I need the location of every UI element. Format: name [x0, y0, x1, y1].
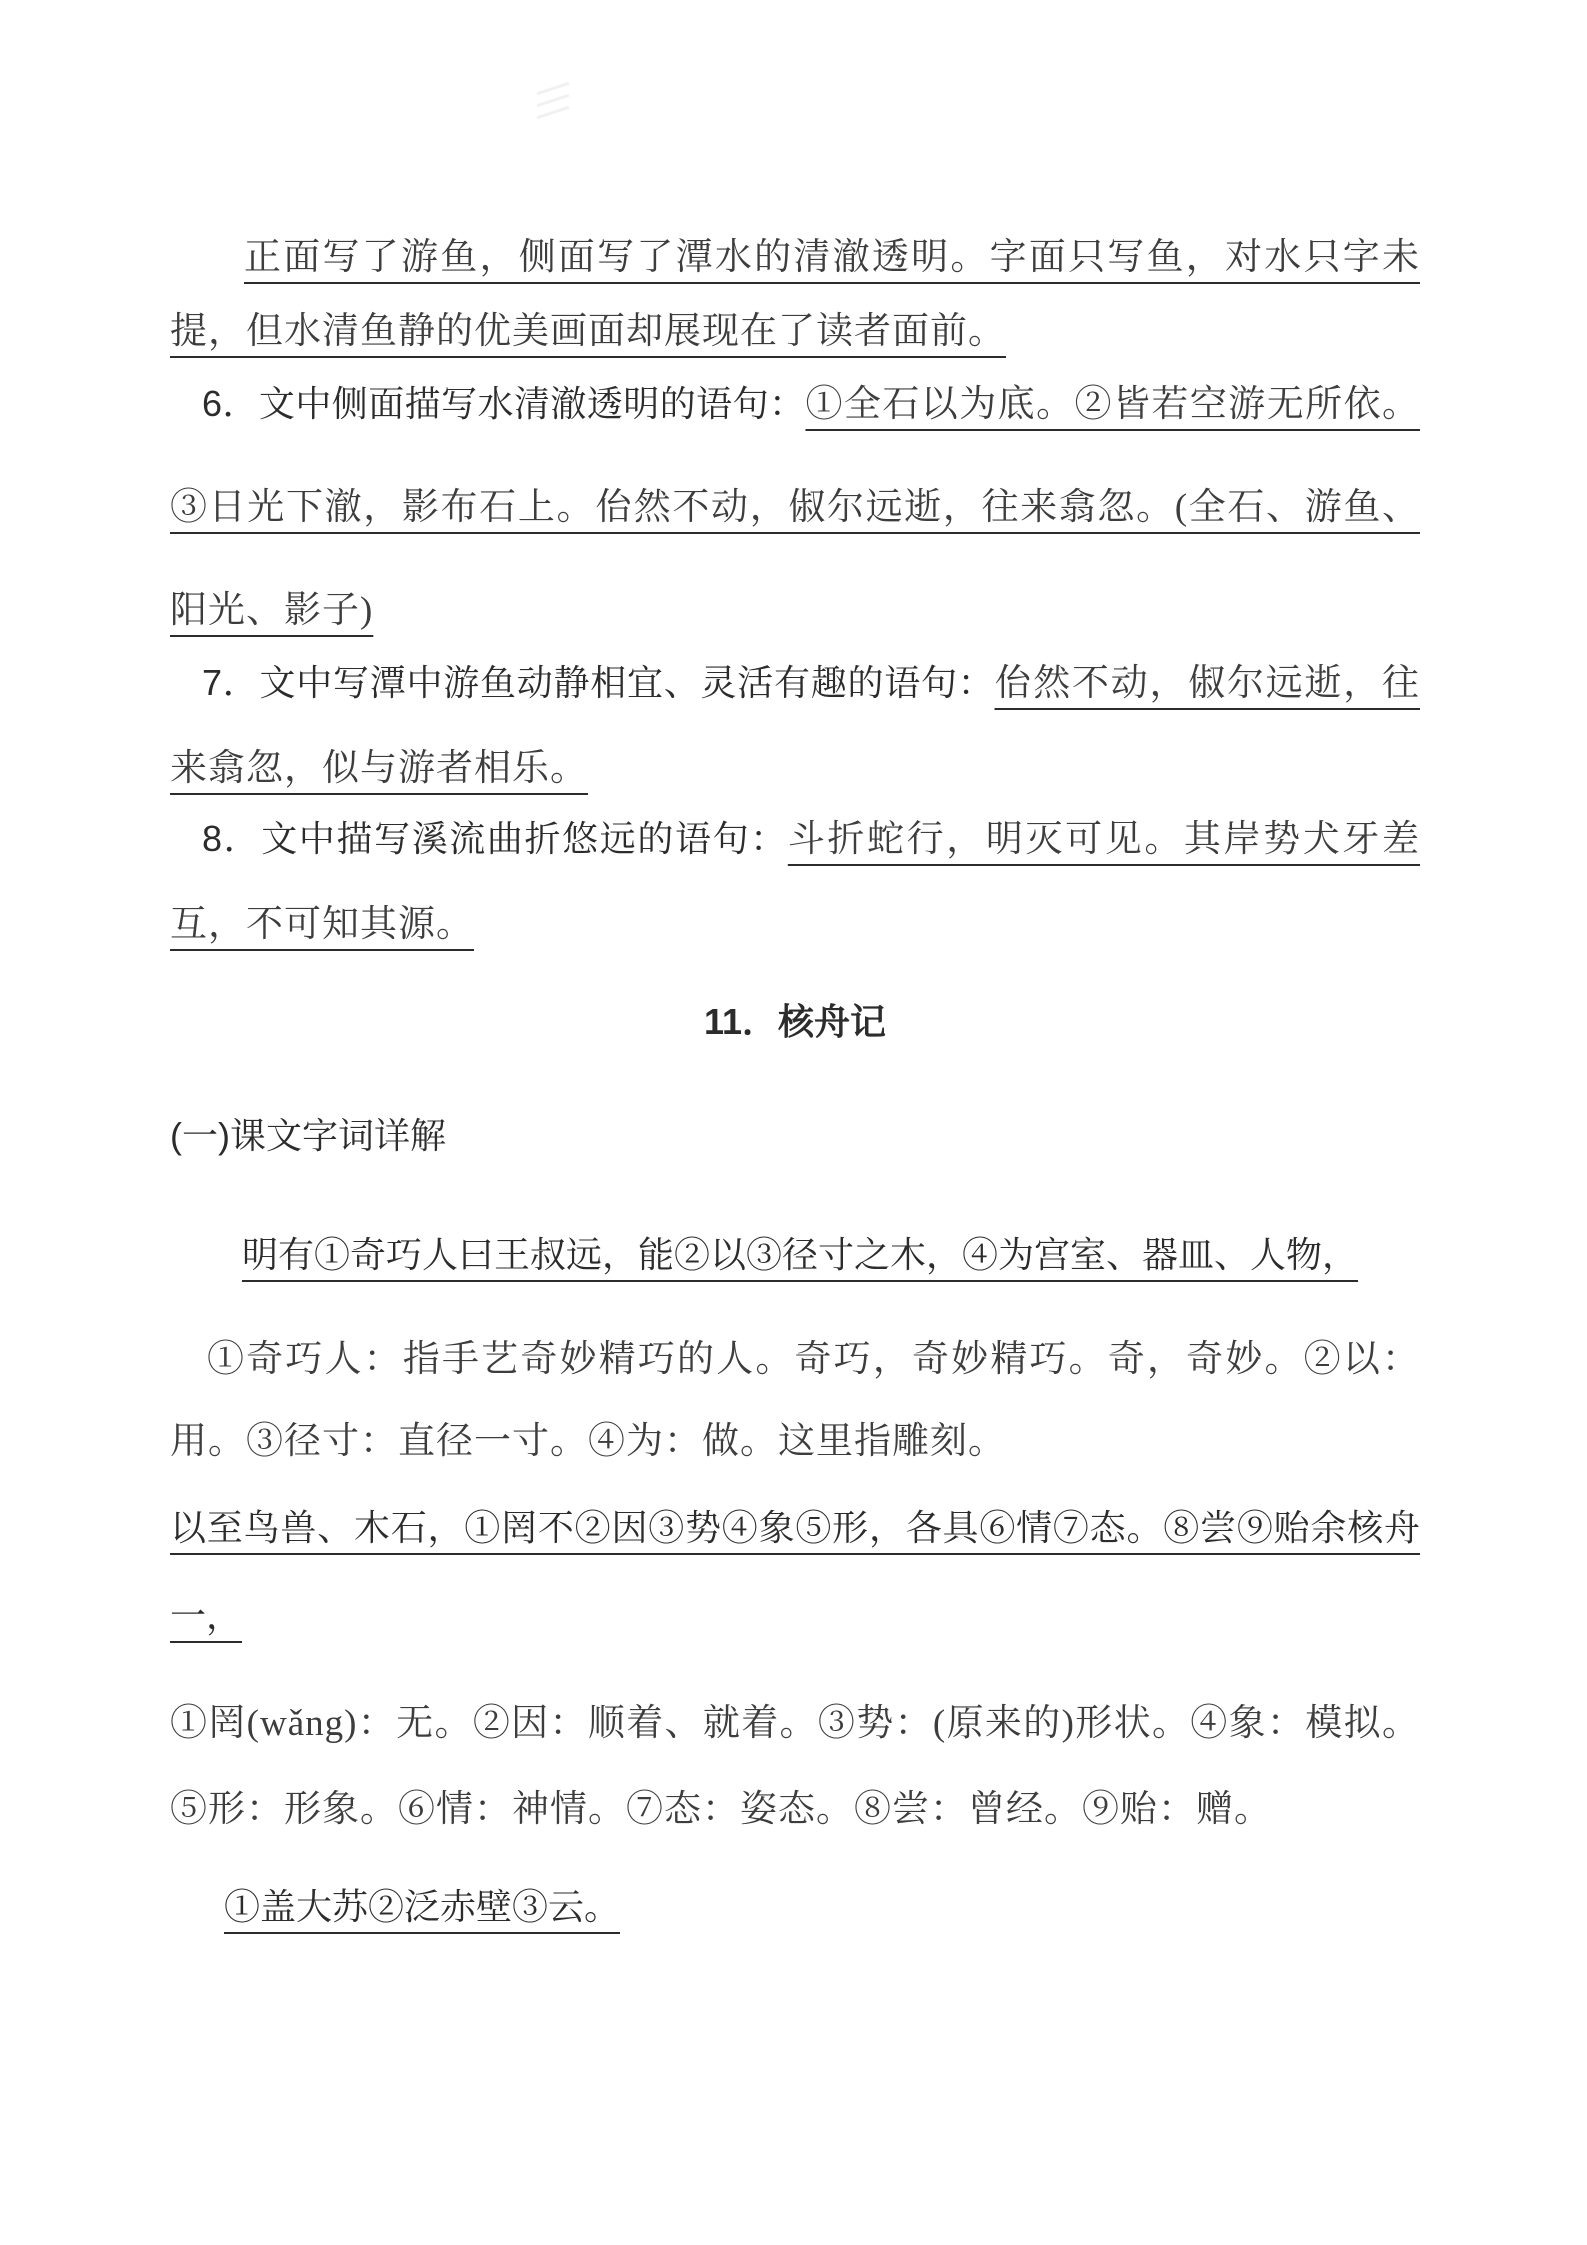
question-7-prompt: 7．文中写潭中游鱼动静相宜、灵活有趣的语句：	[202, 662, 995, 703]
lesson-passage-2: 以至鸟兽、木石，①罔不②因③势④象⑤形，各具⑥情⑦态。⑧尝⑨贻余核舟一，	[170, 1484, 1420, 1660]
question-6-prompt: 6．文中侧面描写水清澈透明的语句：	[202, 383, 805, 424]
intro-answer-paragraph: 正面写了游鱼，侧面写了潭水的清澈透明。字面只写鱼，对水只字未提，但水清鱼静的优美…	[170, 221, 1420, 369]
question-6: 6．文中侧面描写水清澈透明的语句：①全石以为底。②皆若空游无所依。③日光下澈，影…	[170, 356, 1420, 666]
lesson-passage-3: ①盖大苏②泛赤壁③云。	[170, 1868, 1420, 1946]
question-8-prompt: 8．文中描写溪流曲折悠远的语句：	[202, 818, 788, 859]
document-page: 正面写了游鱼，侧面写了潭水的清澈透明。字面只写鱼，对水只字未提，但水清鱼静的优美…	[0, 0, 1587, 2245]
lesson-notes-2: ①罔(wǎng)：无。②因：顺着、就着。③势：(原来的)形状。④象：模拟。⑤形：…	[170, 1681, 1420, 1853]
lesson-passage-1: 明有①奇巧人曰王叔远，能②以③径寸之木，④为宫室、器皿、人物，	[170, 1216, 1420, 1294]
subsection-title: (一)课文字词详解	[170, 1108, 1420, 1164]
question-7: 7．文中写潭中游鱼动静相宜、灵活有趣的语句：佁然不动，俶尔远逝，往来翕忽，似与游…	[170, 644, 1420, 815]
chapter-number: 11	[704, 1001, 742, 1042]
lesson-notes-1: ①奇巧人：指手艺奇妙精巧的人。奇巧，奇妙精巧。奇，奇妙。②以：用。③径寸：直径一…	[170, 1319, 1420, 1483]
question-8: 8．文中描写溪流曲折悠远的语句：斗折蛇行，明灭可见。其岸势犬牙差互，不可知其源。	[170, 800, 1420, 971]
chapter-title: ．核舟记	[742, 1001, 886, 1042]
chapter-heading: 11．核舟记	[170, 992, 1420, 1052]
faint-lines-watermark	[528, 78, 584, 138]
